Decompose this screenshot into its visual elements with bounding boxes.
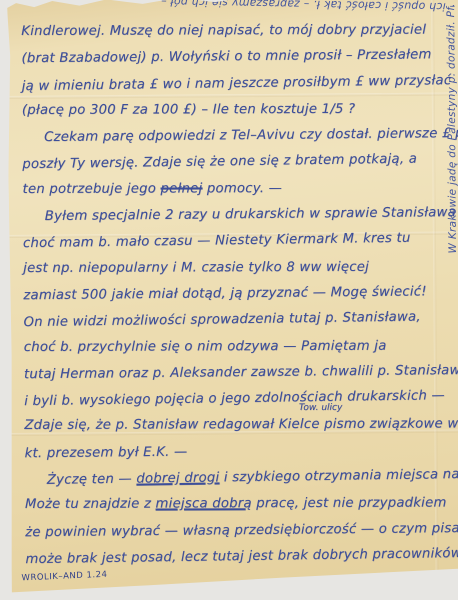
letter-line-strike-segment: pełnej	[161, 181, 203, 196]
letter-line-text: On nie widzi możliwości sprowadzenia tut…	[23, 310, 420, 331]
letter-line: (płacę po 300 F za 100 £) – Ile ten kosz…	[22, 96, 430, 124]
letter-line-text: (płacę po 300 F za 100 £) – Ile ten kosz…	[22, 102, 355, 118]
letter-line: Życzę ten — dobrej drogi i szybkiego otr…	[25, 462, 433, 494]
letter-line-text: choć mam b. mało czasu — Niestety Kierma…	[23, 231, 411, 251]
letter-body: Kindlerowej. Muszę do niej napisać, to m…	[21, 17, 433, 572]
letter-line-text: pracę, jest nie przypadkiem	[252, 496, 447, 512]
letter-line: choć b. przychylnie się o nim odzywa — P…	[24, 333, 432, 361]
letter-line: choć mam b. mało czasu — Niestety Kierma…	[23, 226, 431, 258]
letter-line: Kindlerowej. Muszę do niej napisać, to m…	[21, 18, 429, 46]
letter-line-text: może brak jest posad, lecz tutaj jest br…	[25, 545, 458, 567]
letter-line-text: Życzę ten —	[47, 472, 137, 488]
letter-line-text: Czekam parę odpowiedzi z Tel–Avivu czy d…	[44, 126, 458, 145]
top-margin-note-inverted: – ich opuść i całość tak ł. – zapraszamy…	[155, 0, 455, 13]
letter-line-text: (brat Bzabadowej) p. Wołyński o to mnie …	[21, 48, 431, 67]
letter-line-text: Kindlerowej. Muszę do niej napisać, to m…	[21, 23, 426, 39]
letter-line-text: że powinien wybrać — własną przedsiębior…	[25, 520, 458, 540]
letter-line-text: pomocy. —	[202, 181, 282, 196]
letter-line: On nie widzi możliwości sprowadzenia tut…	[23, 305, 431, 337]
interline-note: Tow. ulicy	[299, 403, 342, 413]
letter-line-text: Zdaje się, że p. Stanisław redagował Kie…	[24, 417, 458, 434]
letter-line: jest np. niepopularny i M. czasie tylko …	[23, 254, 431, 282]
letter-line-text: tutaj Herman oraz p. Aleksander zawsze b…	[24, 363, 458, 382]
letter-line-text: ją w imieniu brata £ wo i nam jeszcze pr…	[22, 73, 452, 94]
letter-line-underline-segment: dobrej drogi	[136, 470, 219, 486]
letter-paper: – ich opuść i całość tak ł. – zapraszamy…	[7, 0, 458, 596]
letter-line-text: poszły Ty wersję. Zdaje się że one się z…	[22, 152, 417, 173]
letter-line: i byli b. wysokiego pojęcia o jego zdoln…	[24, 384, 432, 416]
letter-line: Zdaje się, że p. Stanisław redagował Kie…	[24, 412, 432, 440]
letter-line-text: choć b. przychylnie się o nim odzywa — P…	[24, 338, 387, 354]
letter-line: ją w imieniu brata £ wo i nam jeszcze pr…	[22, 68, 430, 100]
scanned-letter-page: – ich opuść i całość tak ł. – zapraszamy…	[0, 0, 458, 600]
letter-line-text: ten potrzebuje jego	[22, 181, 160, 196]
letter-line-text: kt. prezesem był E.K. —	[25, 444, 188, 461]
letter-line-underline-segment: miejsca dobrą	[156, 497, 252, 512]
letter-line: może brak jest posad, lecz tutaj jest br…	[25, 541, 433, 573]
letter-line-text: i byli b. wysokiego pojęcia o jego zdoln…	[24, 388, 445, 409]
letter-line-text: Może tu znajdzie z	[25, 497, 156, 512]
letter-line-text: jest np. niepopularny i M. czasie tylko …	[23, 259, 369, 275]
letter-line: Może tu znajdzie z miejsca dobrą pracę, …	[25, 491, 433, 519]
letter-line: poszły Ty wersję. Zdaje się że one się z…	[22, 147, 430, 179]
letter-line-text: Byłem specjalnie 2 razy u drukarskich w …	[45, 205, 458, 224]
letter-line-text: zamiast 500 jakie miał dotąd, ją przyzna…	[23, 284, 427, 303]
letter-line-text: i szybkiego otrzymania miejsca na okręci…	[219, 466, 458, 485]
letter-line: ten potrzebuje jego pełnej pomocy. —	[22, 175, 430, 203]
